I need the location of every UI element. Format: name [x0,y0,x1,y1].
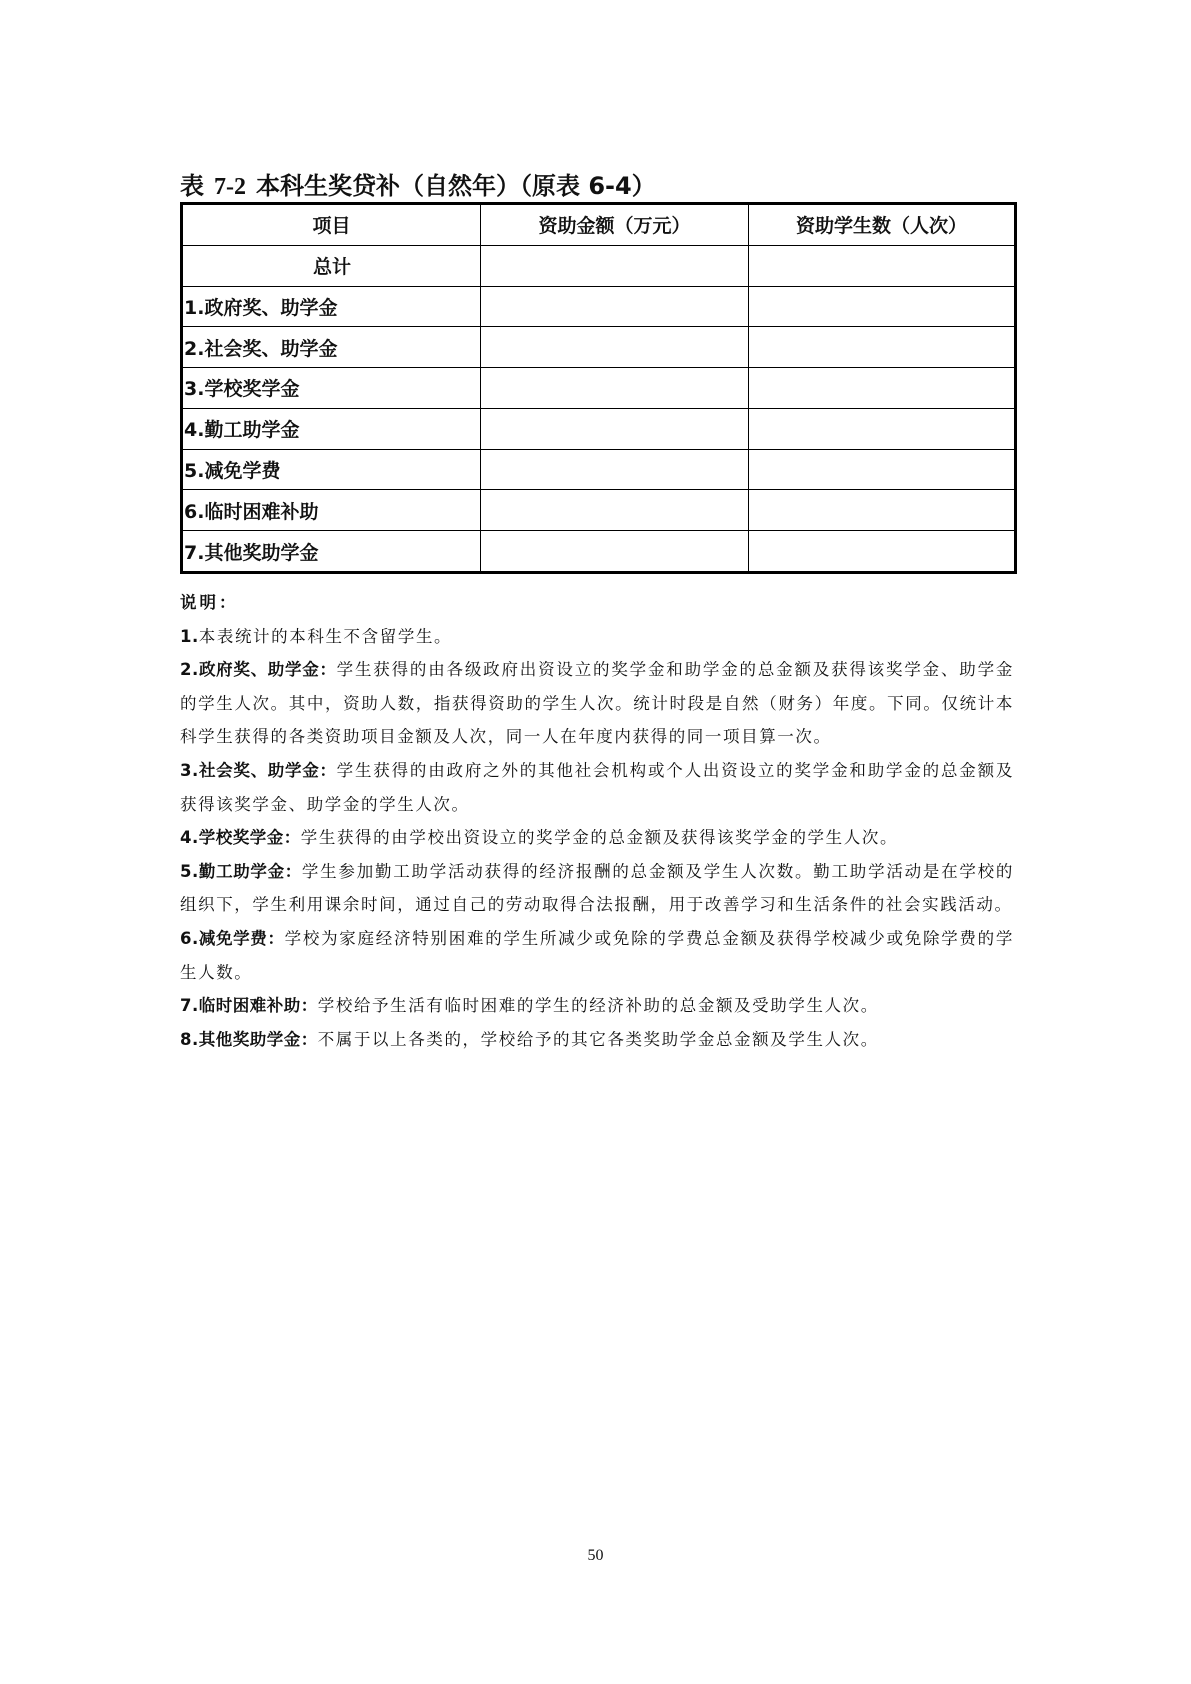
row-label: 6.临时困难补助 [182,490,481,531]
amount-cell [481,327,749,368]
amount-cell [481,531,749,573]
count-cell [749,531,1016,573]
row-label: 1.政府奖、助学金 [182,286,481,327]
amount-cell [481,449,749,490]
note-item: 4.学校奖学金：学生获得的由学校出资设立的奖学金的总金额及获得该奖学金的学生人次… [180,821,1014,855]
note-text: 本表统计的本科生不含留学生。 [199,627,452,646]
page-number: 50 [0,1547,1191,1565]
note-lead: 5.勤工助学金： [180,862,302,881]
row-label: 7.其他奖助学金 [182,531,481,573]
note-lead: 4.学校奖学金： [180,828,301,847]
table-title-prefix: 表 [180,172,204,200]
note-lead: 1. [180,627,199,646]
row-label: 4.勤工助学金 [182,408,481,449]
table-row: 6.临时困难补助 [182,490,1016,531]
count-cell [749,449,1016,490]
amount-cell [481,245,749,286]
note-lead: 2.政府奖、助学金： [180,660,337,679]
count-cell [749,286,1016,327]
table-row: 3.学校奖学金 [182,368,1016,409]
note-item: 1.本表统计的本科生不含留学生。 [180,620,1014,654]
table-row: 7.其他奖助学金 [182,531,1016,573]
count-cell [749,490,1016,531]
table-row: 2.社会奖、助学金 [182,327,1016,368]
row-label: 5.减免学费 [182,449,481,490]
header-amount: 资助金额（万元） [481,204,749,246]
table-title-text: 本科生奖贷补（自然年）（原表 6-4） [256,172,656,200]
note-item: 6.减免学费：学校为家庭经济特别困难的学生所减少或免除的学费总金额及获得学校减少… [180,922,1014,989]
header-item: 项目 [182,204,481,246]
count-cell [749,408,1016,449]
count-cell [749,245,1016,286]
count-cell [749,327,1016,368]
note-item: 8.其他奖助学金：不属于以上各类的，学校给予的其它各类奖助学金总金额及学生人次。 [180,1023,1014,1057]
table-row: 5.减免学费 [182,449,1016,490]
note-lead: 7.临时困难补助： [180,996,318,1015]
table-header-row: 项目 资助金额（万元） 资助学生数（人次） [182,204,1016,246]
amount-cell [481,408,749,449]
amount-cell [481,490,749,531]
row-label: 总计 [182,245,481,286]
note-item: 2.政府奖、助学金：学生获得的由各级政府出资设立的奖学金和助学金的总金额及获得该… [180,653,1014,754]
note-text: 学生参加勤工助学活动获得的经济报酬的总金额及学生人次数。勤工助学活动是在学校的组… [180,862,1014,915]
note-text: 学校为家庭经济特别困难的学生所减少或免除的学费总金额及获得学校减少或免除学费的学… [180,929,1014,982]
row-label: 3.学校奖学金 [182,368,481,409]
amount-cell [481,286,749,327]
note-text: 不属于以上各类的，学校给予的其它各类奖助学金总金额及学生人次。 [318,1030,879,1049]
table-row: 1.政府奖、助学金 [182,286,1016,327]
note-text: 学生获得的由学校出资设立的奖学金的总金额及获得该奖学金的学生人次。 [301,828,898,847]
table-title: 表7-2本科生奖贷补（自然年）（原表 6-4） [180,166,656,201]
count-cell [749,368,1016,409]
header-count: 资助学生数（人次） [749,204,1016,246]
row-label: 2.社会奖、助学金 [182,327,481,368]
note-item: 7.临时困难补助：学校给予生活有临时困难的学生的经济补助的总金额及受助学生人次。 [180,989,1014,1023]
notes-section: 说明： 1.本表统计的本科生不含留学生。 2.政府奖、助学金：学生获得的由各级政… [180,586,1014,1056]
table-row: 4.勤工助学金 [182,408,1016,449]
note-text: 学校给予生活有临时困难的学生的经济补助的总金额及受助学生人次。 [318,996,879,1015]
notes-heading: 说明： [180,586,1014,620]
aid-table: 项目 资助金额（万元） 资助学生数（人次） 总计 1.政府奖、助学金 2.社会奖… [180,202,1017,574]
note-item: 5.勤工助学金：学生参加勤工助学活动获得的经济报酬的总金额及学生人次数。勤工助学… [180,855,1014,922]
table-number: 7-2 [214,174,246,200]
table-row-total: 总计 [182,245,1016,286]
note-lead: 6.减免学费： [180,929,285,948]
note-item: 3.社会奖、助学金：学生获得的由政府之外的其他社会机构或个人出资设立的奖学金和助… [180,754,1014,821]
amount-cell [481,368,749,409]
note-lead: 8.其他奖助学金： [180,1030,318,1049]
note-lead: 3.社会奖、助学金： [180,761,337,780]
